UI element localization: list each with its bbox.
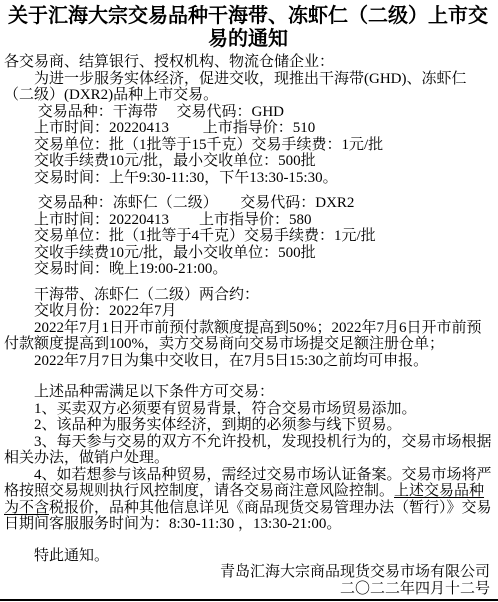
paragraph: 上市时间：20220413 上市指导价：510	[4, 120, 492, 137]
document-body: 各交易商、结算银行、授权机构、物流仓储企业： 为进一步服务实体经济，促进交收，现…	[4, 54, 492, 597]
text-segment: 上述品种需满足以下条件方可交易：	[4, 384, 274, 400]
document-title: 关于汇海大宗交易品种干海带、冻虾仁（二级）上市交易的通知	[4, 5, 492, 51]
paragraph: 各交易商、结算银行、授权机构、物流仓储企业：	[4, 54, 492, 71]
paragraph: 4、如若想参与该品种贸易，需经过交易市场认证备案。交易市场将严格按照交易规则执行…	[4, 467, 492, 533]
paragraph: 二〇二二年四月十二号	[4, 581, 492, 598]
bottom-divider	[0, 599, 498, 601]
paragraph: 青岛汇海大宗商品现货交易市场有限公司	[4, 564, 492, 581]
text-segment: 交易品种：干海带 交易代码：GHD	[4, 104, 284, 120]
text-segment: 税报价，品种其他信息详见《商品现货交易管理办法（暂行）》交易日期间客服服务时间为…	[4, 500, 492, 533]
paragraph: 交易时间：晚上19:00-21:00。	[4, 261, 492, 278]
paragraph: 为进一步服务实体经济，促进交收，现推出干海带(GHD)、冻虾仁（二级）(DXR2…	[4, 71, 492, 104]
text-segment: 2022年7月1日开市前预付款额度提高到50%；2022年7月6日开市前预付款额…	[4, 320, 482, 353]
paragraph: 特此通知。	[4, 548, 492, 565]
paragraph: 交易时间：上午9:30-11:30，下午13:30-15:30。	[4, 170, 492, 187]
paragraph: 交收手续费10元/批，最小交收单位：500批	[4, 153, 492, 170]
notice-document: 关于汇海大宗交易品种干海带、冻虾仁（二级）上市交易的通知 各交易商、结算银行、授…	[0, 0, 498, 602]
paragraph: 交易单位：批（1批等于4千克）交易手续费：1元/批	[4, 228, 492, 245]
text-segment: 交易单位：批（1批等于4千克）交易手续费：1元/批	[4, 228, 376, 244]
text-segment: 交易时间：上午9:30-11:30，下午13:30-15:30。	[4, 170, 338, 186]
paragraph: 上市时间：20220413 上市指导价：580	[4, 212, 492, 229]
text-segment: 各交易商、结算银行、授权机构、物流仓储企业：	[4, 54, 334, 70]
text-segment: 2、该品种为服务实体经济，到期的必须参与线下贸易。	[4, 417, 402, 433]
text-segment: 交收手续费10元/批，最小交收单位：500批	[4, 245, 316, 261]
text-segment: 干海带、冻虾仁（二级）两合约：	[4, 287, 259, 303]
text-segment: 上市时间：20220413 上市指导价：580	[4, 212, 312, 228]
text-segment: 交收月份：2022年7月	[4, 303, 177, 319]
paragraph: 干海带、冻虾仁（二级）两合约：	[4, 287, 492, 304]
text-segment: 交易单位：批（1批等于15千克）交易手续费：1元/批	[4, 137, 383, 153]
text-segment: 3、每天参与交易的双方不允许投机，发现投机行为的，交易市场根据相关办法，做销户处…	[4, 434, 492, 467]
text-segment: 交收手续费10元/批，最小交收单位：500批	[4, 153, 316, 169]
paragraph: 上述品种需满足以下条件方可交易：	[4, 384, 492, 401]
text-segment: 为进一步服务实体经济，促进交收，现推出干海带(GHD)、冻虾仁（二级）(DXR2…	[4, 71, 467, 104]
paragraph: 交收手续费10元/批，最小交收单位：500批	[4, 245, 492, 262]
text-segment: 2022年7月7日为集中交收日，在7月5日15:30之前均可申报。	[4, 353, 428, 369]
text-segment: 交易品种：冻虾仁（二级） 交易代码：DXR2	[4, 195, 354, 211]
paragraph: 2022年7月1日开市前预付款额度提高到50%；2022年7月6日开市前预付款额…	[4, 320, 492, 353]
paragraph: 交易品种：干海带 交易代码：GHD	[4, 104, 492, 121]
text-segment: 二〇二二年四月十二号	[340, 581, 490, 597]
paragraph: 交易品种：冻虾仁（二级） 交易代码：DXR2	[4, 195, 492, 212]
text-segment: 特此通知。	[4, 548, 109, 564]
text-segment: 青岛汇海大宗商品现货交易市场有限公司	[220, 564, 490, 580]
text-segment: 交易时间：晚上19:00-21:00。	[4, 261, 227, 277]
paragraph: 3、每天参与交易的双方不允许投机，发现投机行为的，交易市场根据相关办法，做销户处…	[4, 434, 492, 467]
paragraph: 交易单位：批（1批等于15千克）交易手续费：1元/批	[4, 137, 492, 154]
paragraph: 2、该品种为服务实体经济，到期的必须参与线下贸易。	[4, 417, 492, 434]
paragraph: 1、买卖双方必须要有贸易背景，符合交易市场贸易添加。	[4, 401, 492, 418]
paragraph: 交收月份：2022年7月	[4, 303, 492, 320]
text-segment: 上市时间：20220413 上市指导价：510	[4, 120, 315, 136]
text-segment: 1、买卖双方必须要有贸易背景，符合交易市场贸易添加。	[4, 401, 417, 417]
paragraph: 2022年7月7日为集中交收日，在7月5日15:30之前均可申报。	[4, 353, 492, 370]
